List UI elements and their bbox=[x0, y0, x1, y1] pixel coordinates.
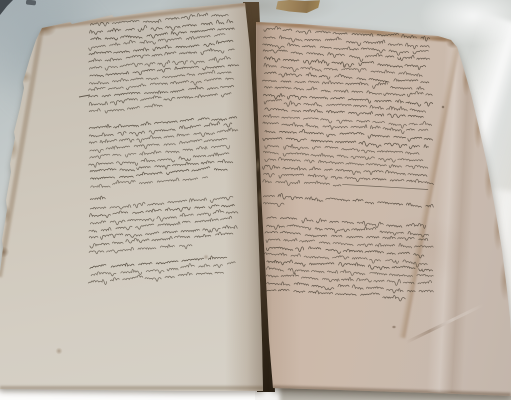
background-below-left-page bbox=[0, 387, 258, 400]
manuscript-photo bbox=[0, 0, 511, 400]
shadow-below-right-page bbox=[255, 386, 511, 400]
dark-corner-speck bbox=[26, 0, 36, 6]
